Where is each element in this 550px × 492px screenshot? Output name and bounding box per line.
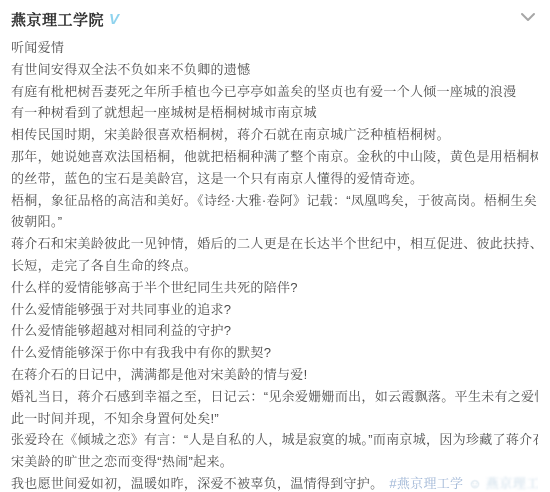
post-text-line: 有世间安得双全法不负如来不负卿的遗憾 [11, 59, 538, 81]
post-text-line: 相传民国时期，宋美龄很喜欢梧桐树，蒋介石就在南京城广泛种植梧桐树。 [11, 124, 538, 146]
post-body: 听闻爱情有世间安得双全法不负如来不负卿的遗憾有庭有枇杷树吾妻死之年所手植也今已亭… [11, 37, 538, 473]
post-text-line: 张爱玲在《倾城之恋》有言：“人是自私的人，城是寂寞的城。”而南京城，因为珍藏了蒋… [11, 429, 538, 451]
post-text-line: 长短，走完了各自生命的终点。 [11, 255, 538, 277]
post-text-line: 什么爱情能够深于你中有我我中有你的默契? [11, 342, 538, 364]
hashtag-link[interactable]: #燕京理工学 [389, 476, 463, 491]
post-text-line: 什么爱情能够强于对共同事业的追求? [11, 299, 538, 321]
smiley-emoji-icon: ☺ [468, 476, 482, 491]
post-text-line: 什么样的爱情能够高于半个世纪同生共死的陪伴? [11, 277, 538, 299]
post-text-line: 蒋介石和宋美龄彼此一见钟情，婚后的二人更是在长达半个世纪中，相互促进、彼此扶持、… [11, 233, 538, 255]
post-text-line: 宋美龄的旷世之恋而变得“热闹”起来。 [11, 451, 538, 473]
post-header: 燕京理工学院 V [11, 8, 538, 30]
post-text-line: 梧桐，象征品格的高洁和美好。《诗经·大雅·卷阿》记载：“凤凰鸣矣，于彼高岗。梧桐… [11, 190, 538, 212]
post-text-line: 在蒋介石的日记中，满满都是他对宋美龄的情与爱! [11, 364, 538, 386]
chevron-down-icon[interactable] [520, 12, 536, 22]
post-text-line: 有庭有枇杷树吾妻死之年所手植也今已亭亭如盖矣的坚贞也有爱一个人倾一座城的浪漫 [11, 81, 538, 103]
post-text-line: 我也愿世间爱如初，温暖如昨，深爱不被辜负，温情得到守护。 #燕京理工学 ☺ 燕京… [11, 473, 538, 492]
post-text-line: 此一时间并现，不知余身置何处矣!” [11, 408, 538, 430]
post-text-line: 的丝带，蓝色的宝石是美龄宫，这是一个只有南京人懂得的爱情奇迹。 [11, 168, 538, 190]
post-text-line: 听闻爱情 [11, 37, 538, 59]
post-text-line: 那年，她说她喜欢法国梧桐，他就把梧桐种满了整个南京。金秋的中山陵，黄色是用梧桐树… [11, 146, 538, 168]
watermark: 燕京理工学院 [486, 476, 538, 491]
post-text-line: 彼朝阳。” [11, 211, 538, 233]
author-name[interactable]: 燕京理工学院 [11, 9, 104, 30]
post-text-line: 婚礼当日，蒋介石感到幸福之至，日记云：“见余爱姗姗而出，如云霞飘落。平生未有之爱… [11, 386, 538, 408]
weibo-post: 燕京理工学院 V 听闻爱情有世间安得双全法不负如来不负卿的遗憾有庭有枇杷树吾妻死… [0, 0, 550, 492]
verified-badge-icon: V [109, 11, 119, 28]
post-text-line: 什么爱情能够超越对相同利益的守护? [11, 320, 538, 342]
post-text: 我也愿世间爱如初，温暖如昨，深爱不被辜负，温情得到守护。 [11, 476, 383, 491]
post-text-line: 有一种树看到了就想起一座城树是梧桐树城市南京城 [11, 102, 538, 124]
